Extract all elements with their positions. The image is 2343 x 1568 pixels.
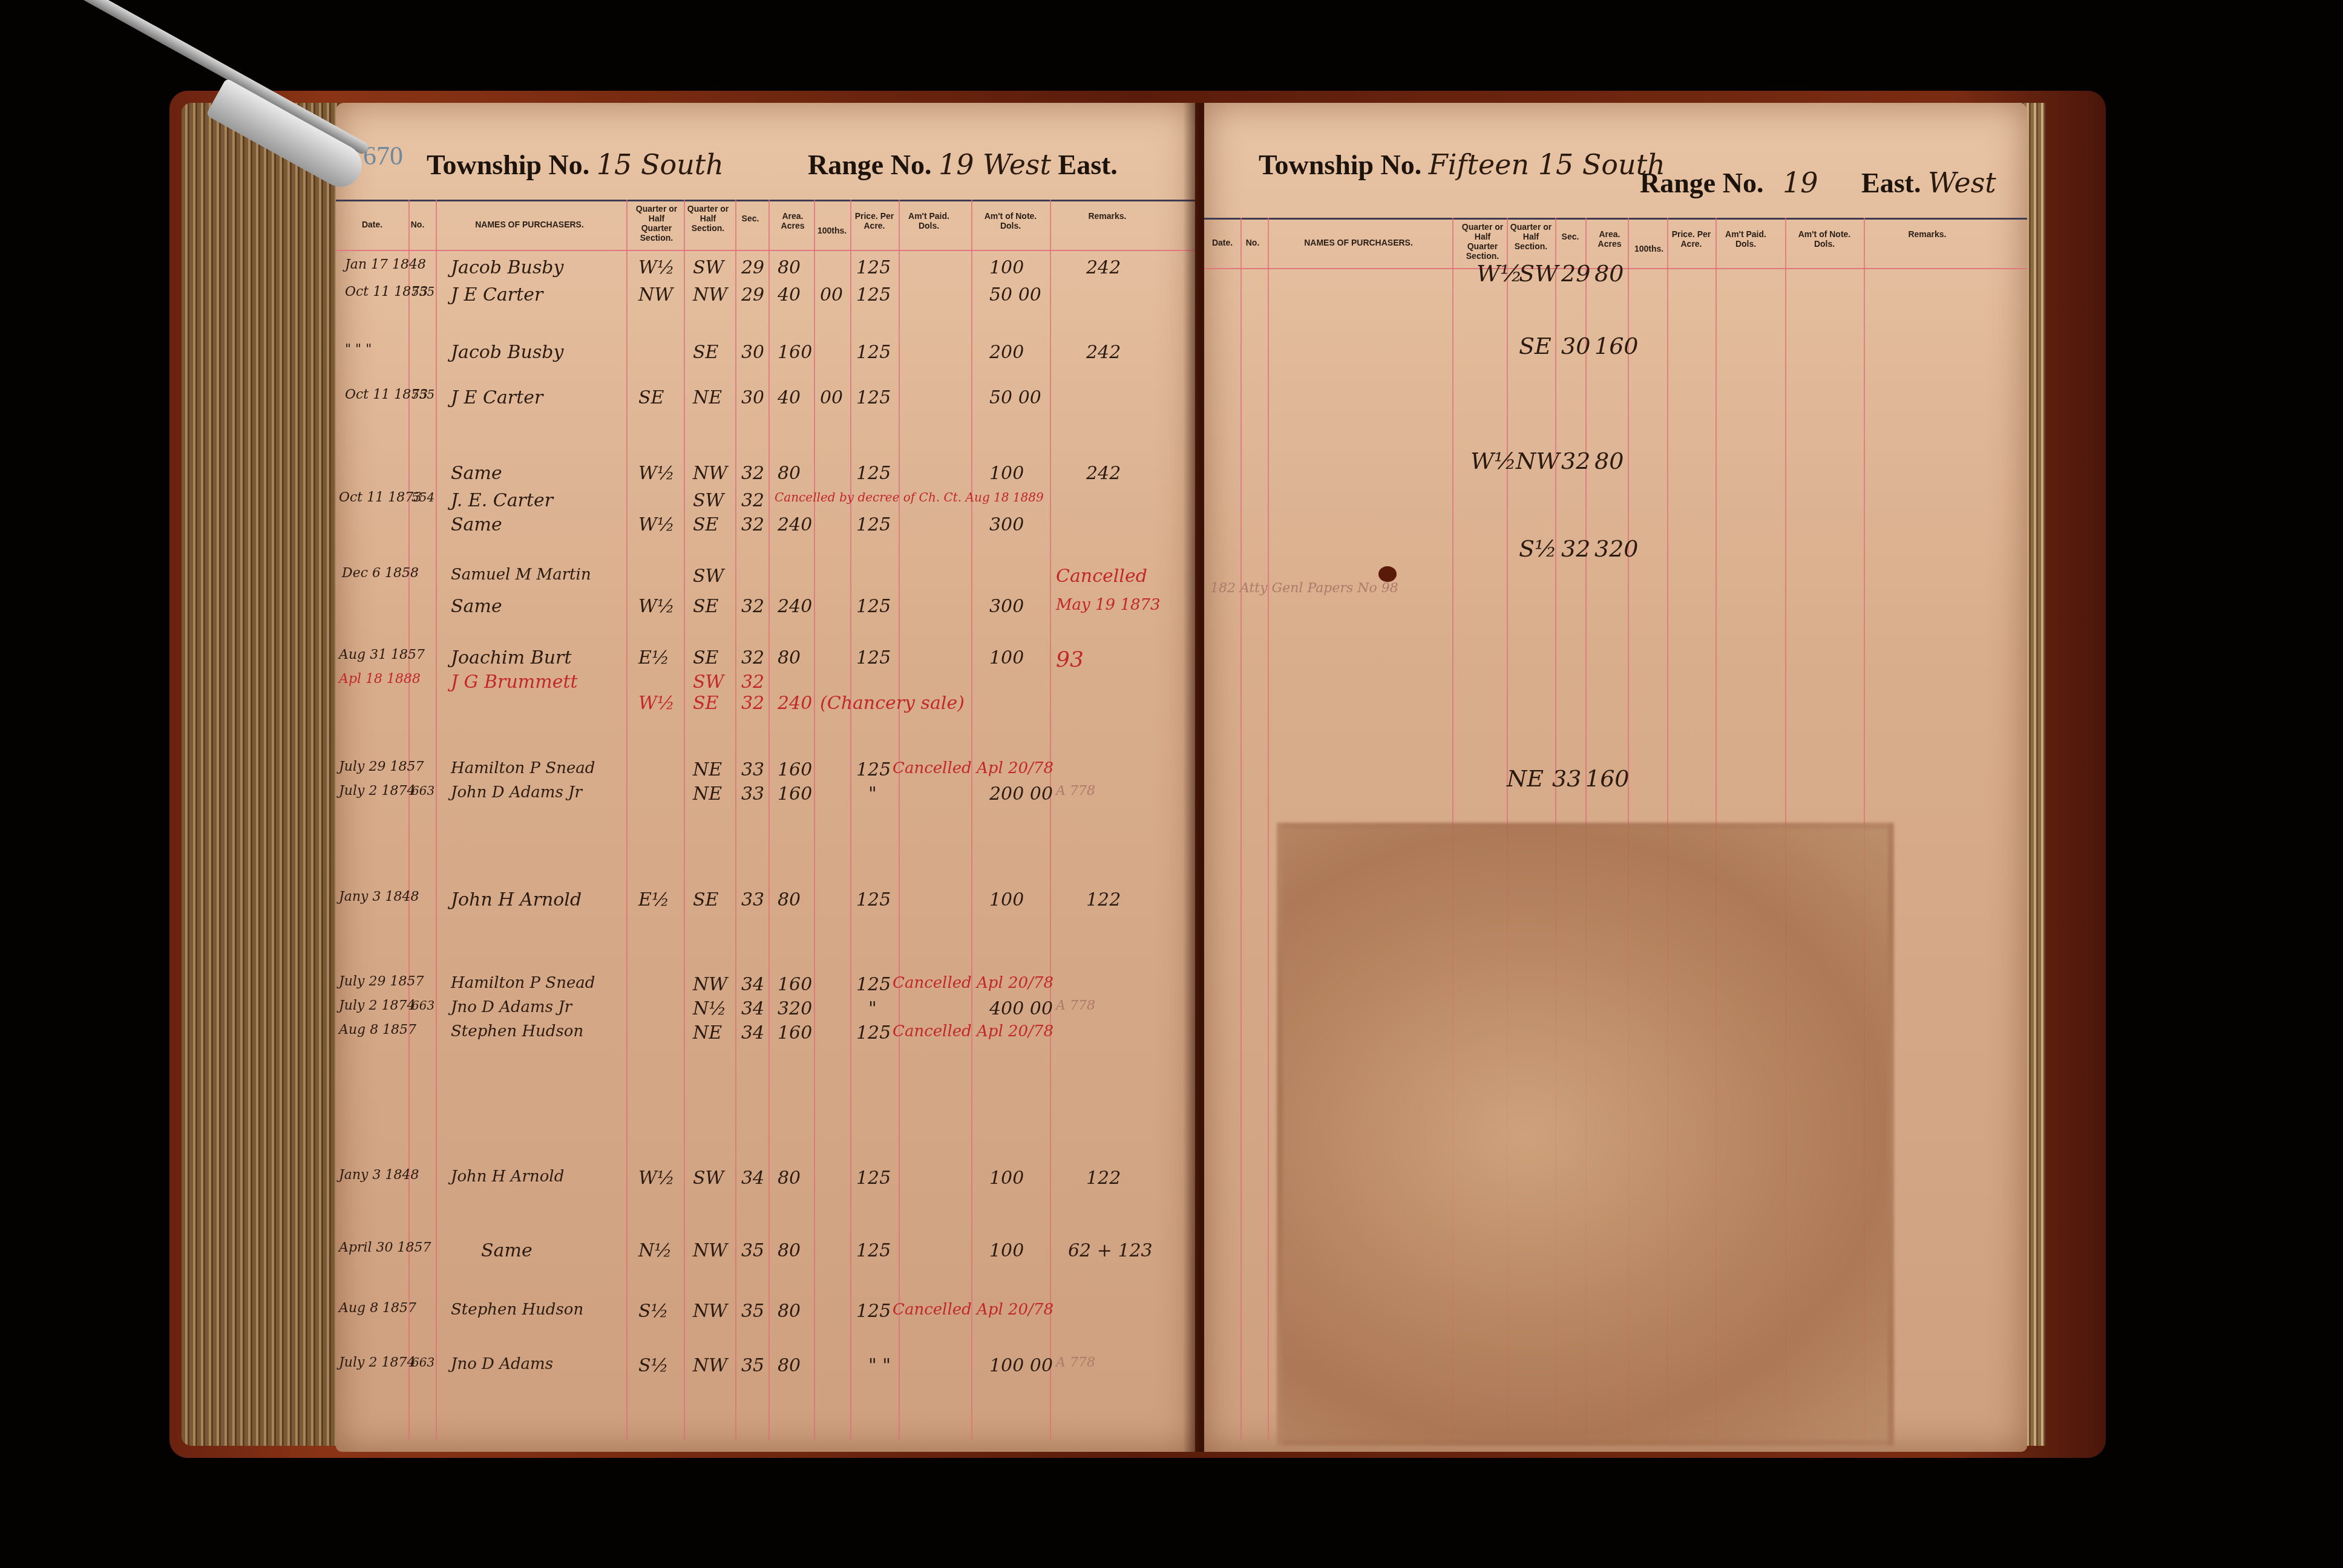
col-names: NAMES OF PURCHASERS. [439, 220, 620, 229]
col-hundredths: 100ths. [1631, 244, 1667, 253]
ledger-row: July 2 1874 663 Jno D Adams Jr N½ 34 320… [336, 998, 1195, 1022]
township-value: Fifteen 15 South [1429, 148, 1665, 181]
ledger-row: Same W½ SE 32 240 125 300 [336, 514, 1195, 538]
ledger-row: SE 30 160 [1204, 333, 2027, 357]
col-acres: Area. Acres [772, 211, 814, 230]
page-edges-left [182, 103, 339, 1446]
column-header-row: Date. No. NAMES OF PURCHASERS. Quarter o… [336, 200, 1195, 251]
township-heading: Township No. Fifteen 15 South [1259, 148, 1665, 181]
township-value: 15 South [597, 148, 724, 181]
ledger-row: Oct 11 1873 555 J E Carter NW NW 29 40 0… [336, 284, 1195, 309]
range-heading: Range No. 19 West East. [808, 148, 1118, 181]
left-page: 670 Township No. 15 South Range No. 19 W… [336, 103, 1195, 1452]
ledger-row: Jany 3 1848 John H Arnold W½ SW 34 80 12… [336, 1168, 1195, 1192]
range-heading: Range No. 19 East. West [1640, 166, 1996, 199]
ledger-row: Aug 31 1857 Joachim Burt E½ SE 32 80 125… [336, 647, 1195, 671]
ledger-row: Aug 8 1857 Stephen Hudson S½ NW 35 80 12… [336, 1301, 1195, 1325]
col-price: Price. Per Acre. [853, 211, 896, 230]
col-sec: Sec. [738, 214, 762, 223]
range-direction: West [1928, 166, 1996, 199]
col-qhq: Quarter or Half Quarter Section. [1458, 222, 1507, 261]
ledger-row: July 2 1874 663 John D Adams Jr NE 33 16… [336, 783, 1195, 808]
col-date: Date. [348, 220, 396, 229]
col-price: Price. Per Acre. [1670, 229, 1712, 249]
col-names: NAMES OF PURCHASERS. [1271, 238, 1446, 247]
col-note: Am't of Note. Dols. [1791, 229, 1858, 249]
red-annotation: Cancelled by decree of Ch. Ct. Aug 18 18… [775, 490, 1044, 505]
photo-background: 670 Township No. 15 South Range No. 19 W… [0, 0, 2343, 1568]
ledger-row: W½ NW 32 80 [1204, 448, 2027, 472]
ledger-row: July 2 1874 663 Jno D Adams S½ NW 35 80 … [336, 1355, 1195, 1379]
right-page-header: Township No. Fifteen 15 South Range No. … [1204, 103, 2027, 194]
col-sec: Sec. [1558, 232, 1582, 241]
ledger-row-red: Apl 18 1888 J G Brummett SW 32 [336, 671, 1195, 696]
ledger-row: July 29 1857 Hamilton P Snead NW 34 160 … [336, 974, 1195, 998]
ledger-row: Jan 17 1848 Jacob Busby W½ SW 29 80 125 … [336, 257, 1195, 281]
col-paid: Am't Paid. Dols. [902, 211, 956, 230]
ledger-row: Oct 11 1873 554 J. E. Carter SW 32 Cance… [336, 490, 1195, 514]
rule [1240, 218, 1242, 1440]
ledger-row: Dec 6 1858 Samuel M Martin SW Cancelled [336, 566, 1195, 590]
ledger-row: Oct 11 1873 555 J E Carter SE NE 30 40 0… [336, 387, 1195, 411]
ledger-row: W½ SW 29 80 [1204, 260, 2027, 284]
township-heading: Township No. 15 South [427, 148, 724, 181]
ledger-row: July 29 1857 Hamilton P Snead NE 33 160 … [336, 759, 1195, 783]
col-acres: Area. Acres [1588, 229, 1631, 249]
col-note: Am't of Note. Dols. [977, 211, 1044, 230]
col-qh: Quarter or Half Section. [1510, 222, 1552, 251]
ledger-row: Same W½ SE 32 240 125 300 May 19 1873 [336, 596, 1195, 620]
col-remarks: Remarks. [1882, 229, 1973, 239]
pencil-note: 182 Atty Genl Papers No 98 [1204, 581, 2027, 605]
left-page-header: 670 Township No. 15 South Range No. 19 W… [336, 103, 1195, 194]
ink-blot [1378, 566, 1397, 582]
col-qh: Quarter or Half Section. [687, 204, 729, 233]
ledger-row: Same W½ NW 32 80 125 100 242 [336, 463, 1195, 487]
ledger-row: " " " Jacob Busby SE 30 160 125 200 242 [336, 342, 1195, 366]
col-remarks: Remarks. [1062, 211, 1153, 221]
ledger-row-red: W½ SE 32 240 (Chancery sale) [336, 693, 1195, 717]
ledger-row: Jany 3 1848 John H Arnold E½ SE 33 80 12… [336, 889, 1195, 913]
ledger-row: S½ 32 320 [1204, 535, 2027, 560]
col-paid: Am't Paid. Dols. [1719, 229, 1773, 249]
ledger-row: April 30 1857 Same N½ NW 35 80 125 100 6… [336, 1240, 1195, 1264]
range-value: 19 West [939, 148, 1051, 181]
ledger-row: Aug 8 1857 Stephen Hudson NE 34 160 125 … [336, 1022, 1195, 1047]
col-date: Date. [1204, 238, 1240, 247]
page-number: 670 [363, 140, 403, 171]
col-qhq: Quarter or Half Quarter Section. [632, 204, 681, 243]
ledger-row: NE 33 160 [1204, 765, 2027, 789]
col-hundredths: 100ths. [814, 226, 850, 235]
paper-stain [1277, 823, 1894, 1446]
col-no: No. [1240, 238, 1265, 247]
range-value: 19 [1783, 166, 1818, 199]
rule [1268, 218, 1269, 1440]
